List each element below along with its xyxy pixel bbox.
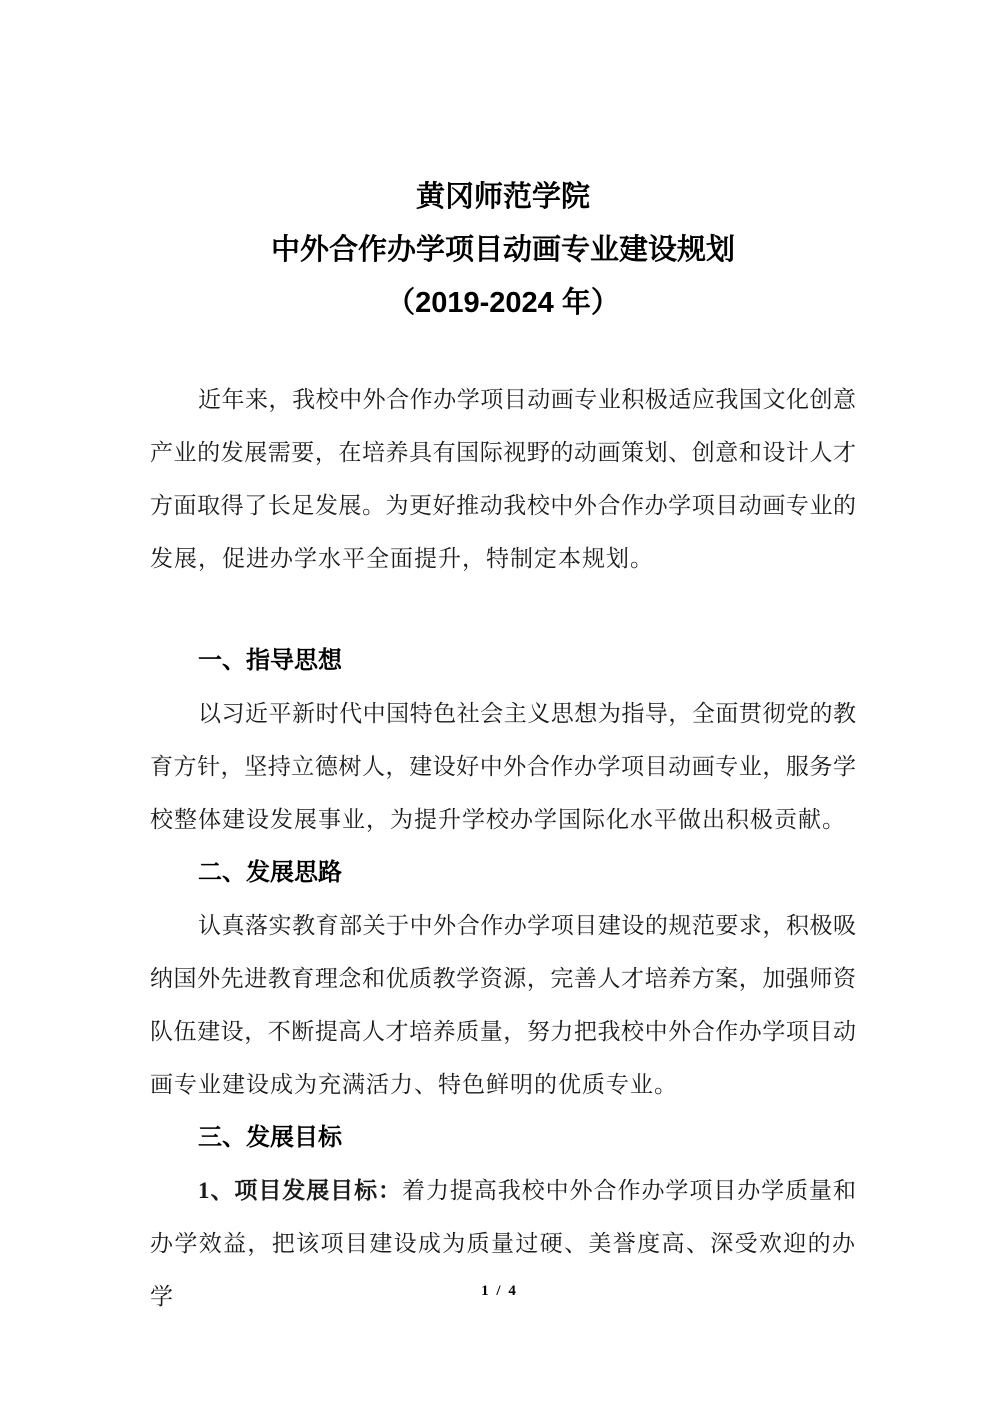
- document-content: 黄冈师范学院 中外合作办学项目动画专业建设规划 （2019-2024 年） 近年…: [150, 171, 856, 1323]
- section-guiding-ideology: 一、指导思想 以习近平新时代中国特色社会主义思想为指导，全面贯彻党的教 育方针，…: [150, 634, 856, 846]
- goal-item-text: 着力提高我校中外合作办学项目办学质量和: [402, 1178, 856, 1203]
- document-title-line-2: 中外合作办学项目动画专业建设规划: [150, 224, 856, 277]
- document-title-block: 黄冈师范学院 中外合作办学项目动画专业建设规划 （2019-2024 年）: [150, 171, 856, 330]
- section-line: 育方针，坚持立德树人，建设好中外合作办学项目动画专业，服务学: [150, 740, 856, 793]
- section-line: 队伍建设，不断提高人才培养质量，努力把我校中外合作办学项目动: [150, 1005, 856, 1058]
- section-development-approach: 二、发展思路 认真落实教育部关于中外合作办学项目建设的规范要求，积极吸 纳国外先…: [150, 846, 856, 1111]
- section-line: 校整体建设发展事业，为提升学校办学国际化水平做出积极贡献。: [150, 793, 856, 846]
- section-line: 纳国外先进教育理念和优质教学资源，完善人才培养方案，加强师资: [150, 952, 856, 1005]
- intro-line: 方面取得了长足发展。为更好推动我校中外合作办学项目动画专业的: [150, 479, 856, 532]
- intro-paragraph: 近年来，我校中外合作办学项目动画专业积极适应我国文化创意 产业的发展需要，在培养…: [150, 373, 856, 585]
- intro-line: 发展，促进办学水平全面提升，特制定本规划。: [150, 532, 856, 585]
- document-page: 黄冈师范学院 中外合作办学项目动画专业建设规划 （2019-2024 年） 近年…: [0, 0, 999, 1414]
- goal-item-lead: 1、项目发展目标：: [198, 1178, 402, 1203]
- section-line: 1、项目发展目标：着力提高我校中外合作办学项目办学质量和: [150, 1164, 856, 1217]
- section-line: 认真落实教育部关于中外合作办学项目建设的规范要求，积极吸: [150, 899, 856, 952]
- section-line: 办学效益，把该项目建设成为质量过硬、美誉度高、深受欢迎的办学: [150, 1217, 856, 1323]
- page-number: 1 / 4: [0, 1283, 999, 1300]
- document-title-line-3: （2019-2024 年）: [150, 277, 856, 330]
- section-heading: 一、指导思想: [150, 634, 856, 687]
- document-title-line-1: 黄冈师范学院: [150, 171, 856, 224]
- section-line: 画专业建设成为充满活力、特色鲜明的优质专业。: [150, 1058, 856, 1111]
- section-line: 以习近平新时代中国特色社会主义思想为指导，全面贯彻党的教: [150, 687, 856, 740]
- section-heading: 二、发展思路: [150, 846, 856, 899]
- intro-line: 近年来，我校中外合作办学项目动画专业积极适应我国文化创意: [150, 373, 856, 426]
- intro-line: 产业的发展需要，在培养具有国际视野的动画策划、创意和设计人才: [150, 426, 856, 479]
- section-heading: 三、发展目标: [150, 1111, 856, 1164]
